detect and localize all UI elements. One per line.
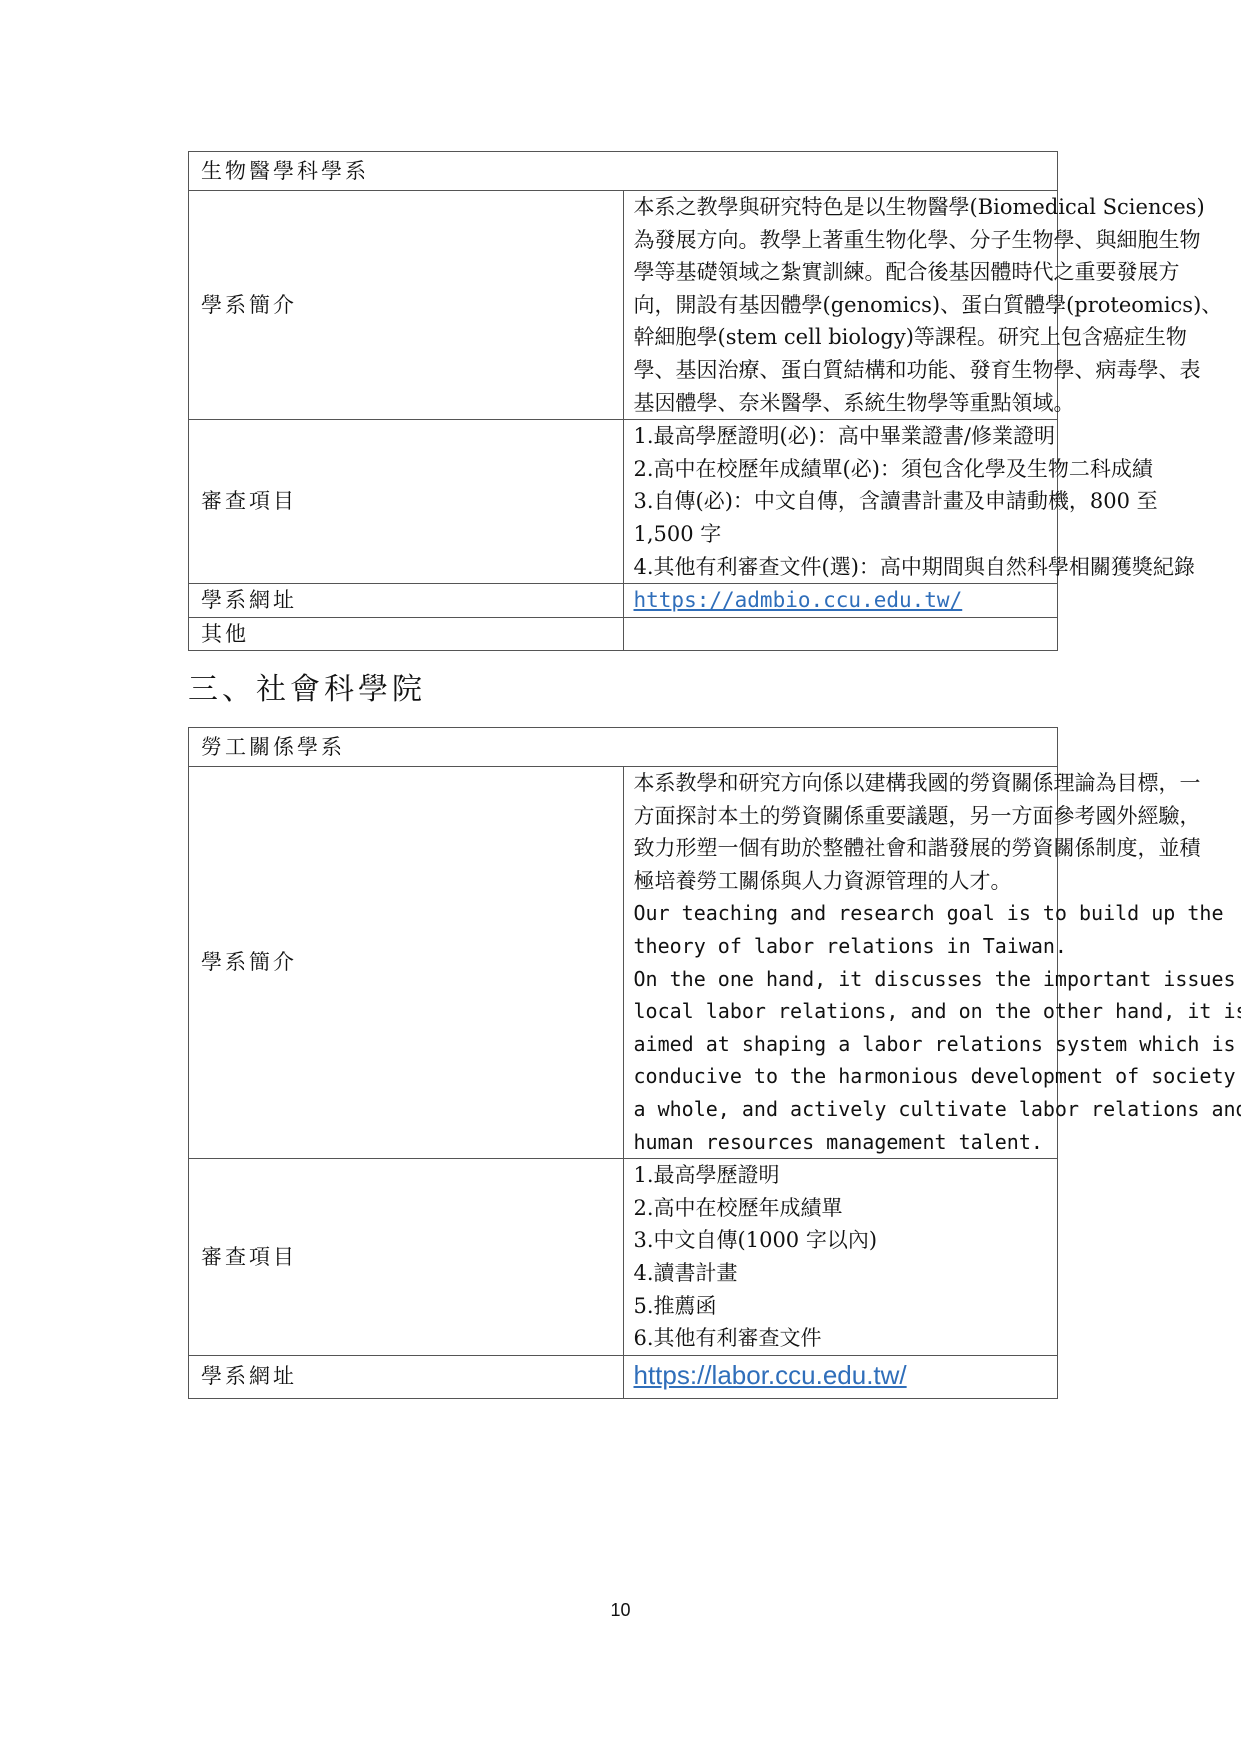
review-item: 6.其他有利審查文件: [634, 1322, 1048, 1355]
intro-line: 致力形塑一個有助於整體社會和諧發展的勞資關係制度，並積: [634, 832, 1048, 865]
url-label: 學系網址: [189, 1355, 624, 1398]
intro-content: 本系教學和研究方向係以建構我國的勞資關係理論為目標，一 方面探討本土的勞資關係重…: [623, 767, 1058, 1159]
intro-line: 學等基礎領域之紮實訓練。配合後基因體時代之重要發展方: [634, 256, 1048, 289]
other-value: [623, 617, 1058, 651]
intro-line: 本系教學和研究方向係以建構我國的勞資關係理論為目標，一: [634, 767, 1048, 800]
department-name: 生物醫學科學系: [189, 152, 1058, 191]
review-item: 4.其他有利審查文件(選)：高中期間與自然科學相關獲獎紀錄: [634, 551, 1048, 584]
intro-line-english: local labor relations, and on the other …: [634, 995, 1048, 1028]
intro-line: 基因體學、奈米醫學、系統生物學等重點領域。: [634, 387, 1048, 420]
intro-line-english: a whole, and actively cultivate labor re…: [634, 1093, 1048, 1126]
review-item: 3.自傳(必)：中文自傳，含讀書計畫及申請動機，800 至: [634, 485, 1048, 518]
intro-line-english: aimed at shaping a labor relations syste…: [634, 1028, 1048, 1061]
review-label: 審查項目: [189, 1159, 624, 1356]
review-content: 1.最高學歷證明(必)：高中畢業證書/修業證明 2.高中在校歷年成績單(必)：須…: [623, 420, 1058, 584]
intro-line-english: On the one hand, it discusses the import…: [634, 963, 1048, 996]
intro-label: 學系簡介: [189, 767, 624, 1159]
review-content: 1.最高學歷證明 2.高中在校歷年成績單 3.中文自傳(1000 字以內) 4.…: [623, 1159, 1058, 1356]
review-item: 2.高中在校歷年成績單: [634, 1192, 1048, 1225]
section-heading: 三、社會科學院: [188, 664, 426, 708]
intro-line: 極培養勞工關係與人力資源管理的人才。: [634, 865, 1048, 898]
intro-line: 學、基因治療、蛋白質結構和功能、發育生物學、病毒學、表: [634, 354, 1048, 387]
url-label: 學系網址: [189, 584, 624, 618]
department-website-link[interactable]: https://admbio.ccu.edu.tw/: [634, 588, 963, 612]
intro-line: 為發展方向。教學上著重生物化學、分子生物學、與細胞生物: [634, 224, 1048, 257]
page-number: 10: [0, 1600, 1241, 1621]
url-cell: https://admbio.ccu.edu.tw/: [623, 584, 1058, 618]
url-cell: https://labor.ccu.edu.tw/: [623, 1355, 1058, 1398]
other-label: 其他: [189, 617, 624, 651]
intro-line-english: Our teaching and research goal is to bui…: [634, 897, 1048, 930]
intro-content: 本系之教學與研究特色是以生物醫學(Biomedical Sciences) 為發…: [623, 191, 1058, 420]
department-table-labor: 勞工關係學系 學系簡介 本系教學和研究方向係以建構我國的勞資關係理論為目標，一 …: [188, 727, 1058, 1399]
review-label: 審查項目: [189, 420, 624, 584]
intro-label: 學系簡介: [189, 191, 624, 420]
review-item: 2.高中在校歷年成績單(必)：須包含化學及生物二科成績: [634, 453, 1048, 486]
department-table-biomedical: 生物醫學科學系 學系簡介 本系之教學與研究特色是以生物醫學(Biomedical…: [188, 151, 1058, 651]
intro-line: 幹細胞學(stem cell biology)等課程。研究上包含癌症生物: [634, 321, 1048, 354]
intro-line: 向，開設有基因體學(genomics)、蛋白質體學(proteomics)、: [634, 289, 1048, 322]
intro-line: 本系之教學與研究特色是以生物醫學(Biomedical Sciences): [634, 191, 1048, 224]
review-item: 5.推薦函: [634, 1290, 1048, 1323]
department-website-link[interactable]: https://labor.ccu.edu.tw/: [634, 1360, 907, 1390]
review-item: 3.中文自傳(1000 字以內): [634, 1224, 1048, 1257]
intro-line-english: theory of labor relations in Taiwan.: [634, 930, 1048, 963]
department-name: 勞工關係學系: [189, 728, 1058, 767]
intro-line-english: conducive to the harmonious development …: [634, 1060, 1048, 1093]
review-item: 1,500 字: [634, 518, 1048, 551]
review-item: 1.最高學歷證明(必)：高中畢業證書/修業證明: [634, 420, 1048, 453]
review-item: 4.讀書計畫: [634, 1257, 1048, 1290]
intro-line-english: human resources management talent.: [634, 1126, 1048, 1159]
review-item: 1.最高學歷證明: [634, 1159, 1048, 1192]
intro-line: 方面探討本土的勞資關係重要議題，另一方面參考國外經驗，: [634, 800, 1048, 833]
